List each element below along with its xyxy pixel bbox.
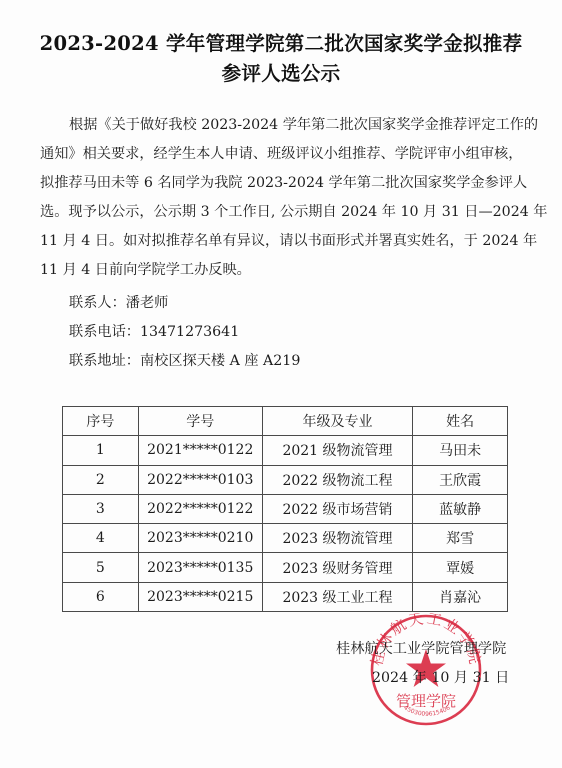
table-row: 5 2023*****0135 2023 级财务管理 覃媛: [63, 553, 508, 582]
cell-grade-major: 2023 级物流管理: [262, 524, 413, 553]
cell-student-id: 2023*****0215: [138, 582, 262, 611]
nominee-table: 序号 学号 年级及专业 姓名 1 2021*****0122 2021 级物流管…: [62, 406, 508, 612]
body-line: 拟推荐马田未等 6 名同学为我院 2023-2024 学年第二批次国家奖学金参评…: [40, 169, 540, 198]
table-row: 2 2022*****0103 2022 级物流工程 王欣霞: [63, 465, 508, 494]
cell-index: 2: [63, 465, 139, 494]
document-title-line2: 参评人选公示: [0, 58, 562, 86]
contact-person: 联系人：潘老师: [69, 292, 168, 312]
header-name: 姓名: [413, 407, 508, 436]
contact-phone: 联系电话：13471273641: [69, 321, 239, 341]
cell-student-id: 2023*****0210: [138, 524, 262, 553]
body-paragraph: 根据《关于做好我校 2023-2024 学年第二批次国家奖学金推荐评定工作的 通…: [40, 111, 540, 285]
table-row: 6 2023*****0215 2023 级工业工程 肖嘉沁: [63, 582, 508, 611]
signature-date: 2024 年 10 月 31 日: [372, 667, 509, 687]
cell-grade-major: 2022 级市场营销: [262, 494, 413, 523]
cell-grade-major: 2023 级工业工程: [262, 582, 413, 611]
body-line: 选。现予以公示，公示期 3 个工作日, 公示期自 2024 年 10 月 31 …: [40, 198, 540, 227]
body-line: 11 月 4 日前向学院学工办反映。: [40, 256, 540, 285]
cell-grade-major: 2022 级物流工程: [262, 465, 413, 494]
cell-index: 4: [63, 524, 139, 553]
table-header-row: 序号 学号 年级及专业 姓名: [63, 407, 508, 436]
cell-name: 王欣霞: [413, 465, 508, 494]
body-line: 根据《关于做好我校 2023-2024 学年第二批次国家奖学金推荐评定工作的: [40, 111, 540, 140]
document-page: 2023-2024 学年管理学院第二批次国家奖学金拟推荐 参评人选公示 根据《关…: [0, 0, 562, 768]
cell-name: 马田未: [413, 436, 508, 465]
contact-address: 联系地址：南校区探天楼 A 座 A219: [69, 350, 300, 370]
cell-student-id: 2021*****0122: [138, 436, 262, 465]
cell-name: 覃媛: [413, 553, 508, 582]
table-row: 1 2021*****0122 2021 级物流管理 马田未: [63, 436, 508, 465]
body-line: 11 月 4 日。如对拟推荐名单有异议，请以书面形式并署真实姓名，于 2024 …: [40, 227, 540, 256]
cell-index: 5: [63, 553, 139, 582]
table-row: 3 2022*****0122 2022 级市场营销 蓝敏静: [63, 494, 508, 523]
cell-index: 3: [63, 494, 139, 523]
signature-organization: 桂林航天工业学院管理学院: [336, 638, 506, 658]
cell-index: 1: [63, 436, 139, 465]
cell-name: 肖嘉沁: [413, 582, 508, 611]
cell-student-id: 2022*****0103: [138, 465, 262, 494]
document-title-line1: 2023-2024 学年管理学院第二批次国家奖学金拟推荐: [0, 28, 562, 56]
cell-student-id: 2022*****0122: [138, 494, 262, 523]
header-index: 序号: [63, 407, 139, 436]
header-student-id: 学号: [138, 407, 262, 436]
cell-grade-major: 2021 级物流管理: [262, 436, 413, 465]
cell-grade-major: 2023 级财务管理: [262, 553, 413, 582]
header-grade-major: 年级及专业: [262, 407, 413, 436]
cell-student-id: 2023*****0135: [138, 553, 262, 582]
cell-name: 蓝敏静: [413, 494, 508, 523]
cell-name: 郑雪: [413, 524, 508, 553]
cell-index: 6: [63, 582, 139, 611]
table-row: 4 2023*****0210 2023 级物流管理 郑雪: [63, 524, 508, 553]
body-line: 通知》相关要求，经学生本人申请、班级评议小组推荐、学院评审小组审核，: [40, 140, 540, 169]
